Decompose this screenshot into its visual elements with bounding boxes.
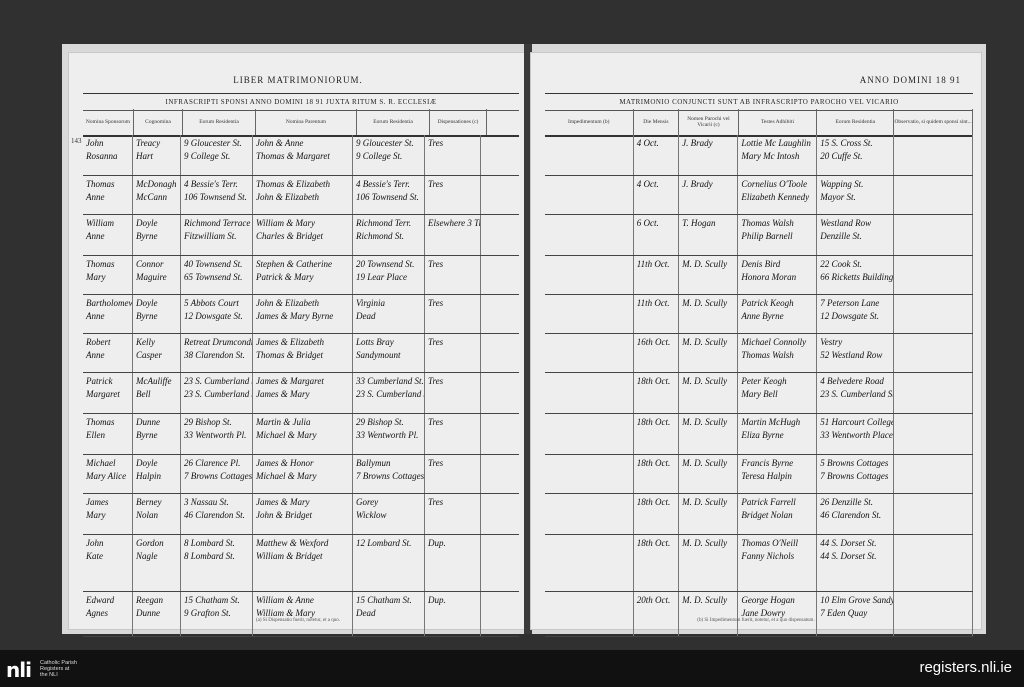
cell: 11th Oct. [634,256,679,294]
cell: John & AnneThomas & Margaret [253,135,353,175]
footer-bar: nli Catholic Parish Registers at the NLI… [0,650,1024,687]
cell: DoyleByrne [133,295,181,333]
cell: 4 Oct. [634,176,679,214]
cell [894,215,973,255]
cell: M. D. Scully [679,334,738,372]
register-row: 18th Oct.M. D. ScullyPeter KeoghMary Bel… [545,373,973,414]
cell: M. D. Scully [679,455,738,493]
cell: Michael ConnollyThomas Walsh [738,334,817,372]
left-page-title: LIBER MATRIMONIORUM. [69,75,527,85]
cell: GoreyWicklow [353,494,425,534]
cell: M. D. Scully [679,414,738,454]
column-header: Dispensationes (c) [430,109,487,135]
cell: Cornelius O'TooleElizabeth Kennedy [738,176,817,214]
left-rows: 143JohnRosannaTreacyHart9 Gloucester St.… [83,135,519,607]
cell [545,176,634,214]
cell [894,535,973,591]
cell: 3 Nassau St.46 Clarendon St. [181,494,253,534]
cell: Thomas O'NeillFanny Nichols [738,535,817,591]
cell: McAuliffeBell [133,373,181,413]
cell [545,215,634,255]
cell: 9 Gloucester St.9 College St. [353,135,425,175]
cell [894,135,973,175]
register-row: 4 Oct.J. BradyLottie Mc LaughlinMary Mc … [545,135,973,176]
cell: 7 Peterson Lane12 Dowsgate St. [817,295,894,333]
register-row: 18th Oct.M. D. ScullyFrancis ByrneTeresa… [545,455,973,494]
cell: EdwardAgnes [83,592,133,636]
cell: Richmond Terr.Richmond St. [353,215,425,255]
register-row: BartholomewAnneDoyleByrne5 Abbots Court1… [83,295,519,334]
cell [894,295,973,333]
cell: Peter KeoghMary Bell [738,373,817,413]
cell [545,135,634,175]
cell: DoyleByrne [133,215,181,255]
cell: 8 Lombard St.8 Lombard St. [181,535,253,591]
cell [894,373,973,413]
column-header: Testes Adhibiti [739,109,818,135]
cell: 11th Oct. [634,295,679,333]
cell: RobertAnne [83,334,133,372]
cell: Tres [425,494,481,534]
logo-caption: Catholic Parish Registers at the NLI [40,660,77,678]
cell: Ballymun7 Browns Cottages [353,455,425,493]
cell: 4 Bessie's Terr.106 Townsend St. [353,176,425,214]
cell: Elsewhere 3 Tres [425,215,481,255]
cell: ReeganDunne [133,592,181,636]
cell: DoyleHalpin [133,455,181,493]
cell: Tres [425,455,481,493]
cell [545,334,634,372]
cell [545,455,634,493]
cell: Westland RowDenzille St. [817,215,894,255]
cell: 4 Belvedere Road23 S. Cumberland St. [817,373,894,413]
cell: Stephen & CatherinePatrick & Mary [253,256,353,294]
cell: Denis BirdHonora Moran [738,256,817,294]
cell: Tres [425,373,481,413]
register-row: WilliamAnneDoyleByrneRichmond TerraceFit… [83,215,519,256]
column-header: Observatio, si quidem sponsi sint... [894,109,973,135]
column-header: Impedimentum (b) [545,109,634,135]
left-page: LIBER MATRIMONIORUM. INFRASCRIPTI SPONSI… [68,52,528,630]
cell [894,592,973,636]
cell: 5 Browns Cottages7 Browns Cottages [817,455,894,493]
cell: 4 Oct. [634,135,679,175]
cell: WilliamAnne [83,215,133,255]
register-row: 18th Oct.M. D. ScullyThomas O'NeillFanny… [545,535,973,592]
column-header: Eorum Residentia [817,109,894,135]
cell [545,592,634,636]
right-footnote: (b) Si Impedimentum fuerit, notetur, et … [531,618,981,623]
cell: 26 Denzille St.46 Clarendon St. [817,494,894,534]
register-row: ThomasMaryConnorMaguire40 Townsend St.65… [83,256,519,295]
cell: KellyCasper [133,334,181,372]
cell: ConnorMaguire [133,256,181,294]
cell [894,494,973,534]
cell: 18th Oct. [634,373,679,413]
register-row: MichaelMary AliceDoyleHalpin26 Clarence … [83,455,519,494]
register-scan: LIBER MATRIMONIORUM. INFRASCRIPTI SPONSI… [62,44,986,634]
cell: ThomasAnne [83,176,133,214]
column-header: Eorum Residentia [183,109,256,135]
image-viewer[interactable]: LIBER MATRIMONIORUM. INFRASCRIPTI SPONSI… [0,0,1024,650]
cell: BartholomewAnne [83,295,133,333]
cell: 20 Townsend St.19 Lear Place [353,256,425,294]
cell: Thomas & ElizabethJohn & Elizabeth [253,176,353,214]
register-row: JohnKateGordonNagle8 Lombard St.8 Lombar… [83,535,519,592]
cell: PatrickMargaret [83,373,133,413]
cell: VirginiaDead [353,295,425,333]
cell: James & ElizabethThomas & Bridget [253,334,353,372]
cell: 4 Bessie's Terr.106 Townsend St. [181,176,253,214]
cell: Tres [425,135,481,175]
cell: ThomasMary [83,256,133,294]
cell: 18th Oct. [634,535,679,591]
cell: Dup. [425,592,481,636]
cell: Patrick FarrellBridget Nolan [738,494,817,534]
register-row: 11th Oct.M. D. ScullyPatrick KeoghAnne B… [545,295,973,334]
cell: 16th Oct. [634,334,679,372]
nli-logo[interactable]: nli [6,658,31,682]
register-row: 18th Oct.M. D. ScullyPatrick FarrellBrid… [545,494,973,535]
cell: M. D. Scully [679,295,738,333]
cell: T. Hogan [679,215,738,255]
cell [545,256,634,294]
column-header: Nomen Parochi vel Vicarii (c) [679,109,738,135]
cell: J. Brady [679,176,738,214]
column-header: Eorum Residentia [357,109,430,135]
cell [545,494,634,534]
cell: 20th Oct. [634,592,679,636]
cell: James & MaryJohn & Bridget [253,494,353,534]
cell: 40 Townsend St.65 Townsend St. [181,256,253,294]
cell: 15 Chatham St.9 Grafton St. [181,592,253,636]
column-header: Nomina Sponsorum [83,109,134,135]
cell: J. Brady [679,135,738,175]
cell: MichaelMary Alice [83,455,133,493]
cell: Vestry52 Westland Row [817,334,894,372]
column-header: Nomina Parentum [256,109,357,135]
cell: Dup. [425,535,481,591]
column-header: Die Mensis [634,109,680,135]
cell: 15 S. Cross St.20 Cuffe St. [817,135,894,175]
register-row: JamesMaryBerneyNolan3 Nassau St.46 Clare… [83,494,519,535]
site-link[interactable]: registers.nli.ie [919,659,1012,676]
cell: 5 Abbots Court12 Dowsgate St. [181,295,253,333]
cell: GordonNagle [133,535,181,591]
cell: Matthew & WexfordWilliam & Bridget [253,535,353,591]
cell: 18th Oct. [634,455,679,493]
cell: Tres [425,414,481,454]
cell: 33 Cumberland St.23 S. Cumberland St. [353,373,425,413]
cell: 6 Oct. [634,215,679,255]
cell: 9 Gloucester St.9 College St. [181,135,253,175]
cell: M. D. Scully [679,373,738,413]
cell: 51 Harcourt College33 Wentworth Place [817,414,894,454]
left-footnote: (a) Si Dispensatio fuerit, notetur, et a… [69,618,527,623]
cell: JohnKate [83,535,133,591]
cell: BerneyNolan [133,494,181,534]
cell: 26 Clarence Pl.7 Browns Cottages [181,455,253,493]
right-page: ANNO DOMINI 18 91 MATRIMONIO CONJUNCTI S… [530,52,982,630]
cell [545,373,634,413]
right-rows: 4 Oct.J. BradyLottie Mc LaughlinMary Mc … [545,135,973,607]
cell: Martin & JuliaMichael & Mary [253,414,353,454]
cell: John & ElizabethJames & Mary Byrne [253,295,353,333]
cell: M. D. Scully [679,256,738,294]
cell: Wapping St.Mayor St. [817,176,894,214]
register-row: RobertAnneKellyCasperRetreat Drumcondra3… [83,334,519,373]
cell: George HoganJane Dowry [738,592,817,636]
cell: Thomas WalshPhilip Barnell [738,215,817,255]
cell: 29 Bishop St.33 Wentworth Pl. [353,414,425,454]
register-row: 20th Oct.M. D. ScullyGeorge HoganJane Do… [545,592,973,637]
cell: 29 Bishop St.33 Wentworth Pl. [181,414,253,454]
cell [894,256,973,294]
cell [894,334,973,372]
cell: Tres [425,295,481,333]
register-row: 4 Oct.J. BradyCornelius O'TooleElizabeth… [545,176,973,215]
cell: JohnRosanna [83,135,133,175]
cell: Retreat Drumcondra38 Clarendon St. [181,334,253,372]
cell: Tres [425,256,481,294]
cell: 44 S. Dorset St.44 S. Dorset St. [817,535,894,591]
right-page-title: ANNO DOMINI 18 91 [860,75,961,85]
register-row: 18th Oct.M. D. ScullyMartin McHughEliza … [545,414,973,455]
cell [545,414,634,454]
cell: M. D. Scully [679,494,738,534]
cell: 18th Oct. [634,494,679,534]
cell [894,176,973,214]
cell: JamesMary [83,494,133,534]
cell: Francis ByrneTeresa Halpin [738,455,817,493]
cell: James & HonorMichael & Mary [253,455,353,493]
cell [545,535,634,591]
cell: William & MaryCharles & Bridget [253,215,353,255]
cell: 12 Lombard St. [353,535,425,591]
cell: Tres [425,334,481,372]
cell: 18th Oct. [634,414,679,454]
register-row: 143JohnRosannaTreacyHart9 Gloucester St.… [83,135,519,176]
right-column-headers: Impedimentum (b)Die MensisNomen Parochi … [545,109,973,137]
cell: Patrick KeoghAnne Byrne [738,295,817,333]
register-row: PatrickMargaretMcAuliffeBell23 S. Cumber… [83,373,519,414]
cell: 22 Cook St.66 Ricketts Buildings [817,256,894,294]
register-row: 16th Oct.M. D. ScullyMichael ConnollyTho… [545,334,973,373]
register-row: EdwardAgnesReeganDunne15 Chatham St.9 Gr… [83,592,519,637]
cell: TreacyHart [133,135,181,175]
cell: McDonaghMcCann [133,176,181,214]
cell [545,295,634,333]
cell: 10 Elm Grove Sandymount7 Eden Quay [817,592,894,636]
register-row: ThomasEllenDunneByrne29 Bishop St.33 Wen… [83,414,519,455]
cell: William & AnneWilliam & Mary [253,592,353,636]
cell: 15 Chatham St.Dead [353,592,425,636]
cell: Lotts BraySandymount [353,334,425,372]
cell: Lottie Mc LaughlinMary Mc Intosh [738,135,817,175]
cell: DunneByrne [133,414,181,454]
cell: ThomasEllen [83,414,133,454]
cell [894,414,973,454]
register-row: ThomasAnneMcDonaghMcCann4 Bessie's Terr.… [83,176,519,215]
column-header: Cognomina [134,109,183,135]
cell: M. D. Scully [679,535,738,591]
cell: Tres [425,176,481,214]
cell: James & MargaretJames & Mary [253,373,353,413]
cell [894,455,973,493]
cell: Martin McHughEliza Byrne [738,414,817,454]
cell: Richmond TerraceFitzwilliam St. [181,215,253,255]
cell: 23 S. Cumberland St.23 S. Cumberland St. [181,373,253,413]
cell: M. D. Scully [679,592,738,636]
left-column-headers: Nomina SponsorumCognominaEorum Residenti… [83,109,519,137]
register-row: 11th Oct.M. D. ScullyDenis BirdHonora Mo… [545,256,973,295]
register-row: 6 Oct.T. HoganThomas WalshPhilip Barnell… [545,215,973,256]
